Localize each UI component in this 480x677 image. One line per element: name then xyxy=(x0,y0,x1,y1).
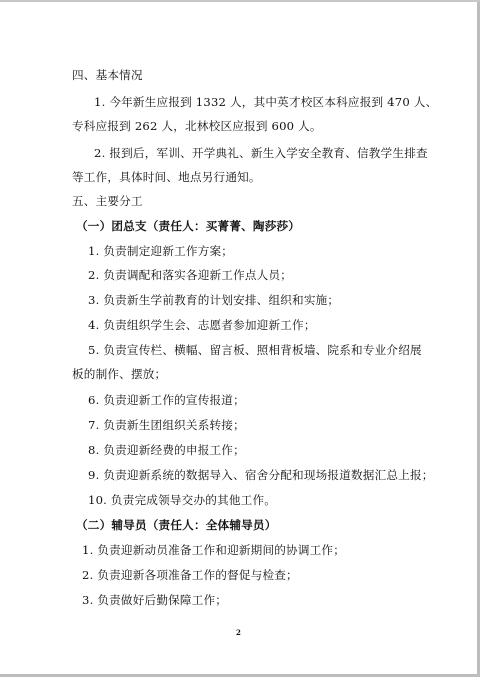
list-item: 5. 负责宣传栏、横幅、留言板、照相背板墙、院系和专业介绍展 xyxy=(88,343,422,357)
list-item: 8. 负责迎新经费的申报工作； xyxy=(88,443,245,457)
list-item: 6. 负责迎新工作的宣传报道； xyxy=(88,393,245,407)
subsection-heading-league-branch: （一）团总支（责任人：买菁菁、陶莎莎） xyxy=(76,219,300,233)
list-item: 3. 负责做好后勤保障工作； xyxy=(82,593,227,607)
list-item: 4. 负责组织学生会、志愿者参加迎新工作； xyxy=(88,318,316,332)
paragraph-line: 2. 报到后，军训、开学典礼、新生入学安全教育、信教学生排查 xyxy=(94,146,428,160)
paragraph-line: 1. 今年新生应报到 1332 人，其中英才校区本科应报到 470 人、 xyxy=(94,95,437,109)
section-heading-division-of-work: 五、主要分工 xyxy=(72,194,143,208)
list-item: 7. 负责新生团组织关系转接； xyxy=(88,418,245,432)
list-item: 1. 负责迎新动员准备工作和迎新期间的协调工作； xyxy=(82,543,345,557)
list-item: 9. 负责迎新系统的数据导入、宿舍分配和现场报道数据汇总上报； xyxy=(88,468,434,482)
list-item: 3. 负责新生学前教育的计划安排、组织和实施； xyxy=(88,293,339,307)
list-item: 1. 负责制定迎新工作方案； xyxy=(88,244,233,258)
page-number: 2 xyxy=(236,628,241,637)
paragraph-line: 专科应报到 262 人，北林校区应报到 600 人。 xyxy=(72,119,322,133)
paragraph-line: 等工作，具体时间、地点另行通知。 xyxy=(72,170,261,184)
list-item: 2. 负责调配和落实各迎新工作点人员； xyxy=(88,268,292,282)
list-item-continuation: 板的制作、摆放； xyxy=(72,367,166,381)
document-page: 四、基本情况 1. 今年新生应报到 1332 人，其中英才校区本科应报到 470… xyxy=(0,2,477,674)
subsection-heading-counselors: （二）辅导员（责任人：全体辅导员） xyxy=(76,518,277,532)
section-heading-basic-info: 四、基本情况 xyxy=(72,68,143,82)
list-item: 10. 负责完成领导交办的其他工作。 xyxy=(88,493,276,507)
list-item: 2. 负责迎新各项准备工作的督促与检查； xyxy=(82,568,298,582)
